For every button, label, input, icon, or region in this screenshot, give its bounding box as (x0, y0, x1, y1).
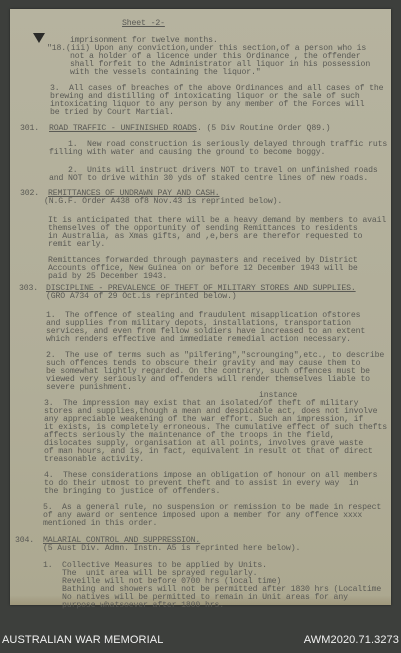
paragraph-line: mentioned in this order. (43, 520, 157, 528)
paragraph-line: remit early. (48, 241, 105, 249)
paragraph-line: and NOT to drive within 30 yds of staked… (49, 175, 368, 183)
paragraph-line: treasonable activity. (44, 456, 144, 464)
paragraph-line: severe punishment. (46, 384, 132, 392)
paragraph-line: the bringing to justice of offenders. (44, 488, 220, 496)
section-reference: (GRO A734 of 29 Oct.is reprinted below.) (46, 293, 237, 301)
paragraph-line: which renders effective and immediate re… (46, 336, 351, 344)
paragraph-line: filling with water and causing the groun… (49, 149, 325, 157)
paragraph-line: paid by 25 December 1943. (48, 273, 167, 281)
footer-accession-number: AWM2020.71.3273 (304, 634, 399, 646)
footer-institution: AUSTRALIAN WAR MEMORIAL (2, 634, 163, 646)
section-title: ROAD TRAFFIC - UNFINISHED ROADS (49, 125, 197, 133)
quote-line: with the vessels containing the liquor." (70, 69, 261, 77)
sheet-title: Sheet -2- (122, 20, 165, 28)
pen-mark-icon (33, 33, 45, 43)
section-reference: (N.G.F. Order A438 of8 Nov.43 is reprint… (44, 198, 282, 206)
section-reference: . (5 Div Routine Order Q89.) (197, 125, 330, 133)
section-number: 304. (15, 537, 34, 545)
paragraph-line: be tried by Court Martial. (50, 109, 174, 117)
section-number: 301. (20, 125, 39, 133)
section-number: 302. (20, 190, 39, 198)
paragraph-line: purpose whatsoever after 1800 hrs. (43, 602, 224, 610)
section-number: 303. (19, 285, 38, 293)
section-reference: (5 Aust Div. Admn. Instn. A5 is reprinte… (43, 545, 300, 553)
